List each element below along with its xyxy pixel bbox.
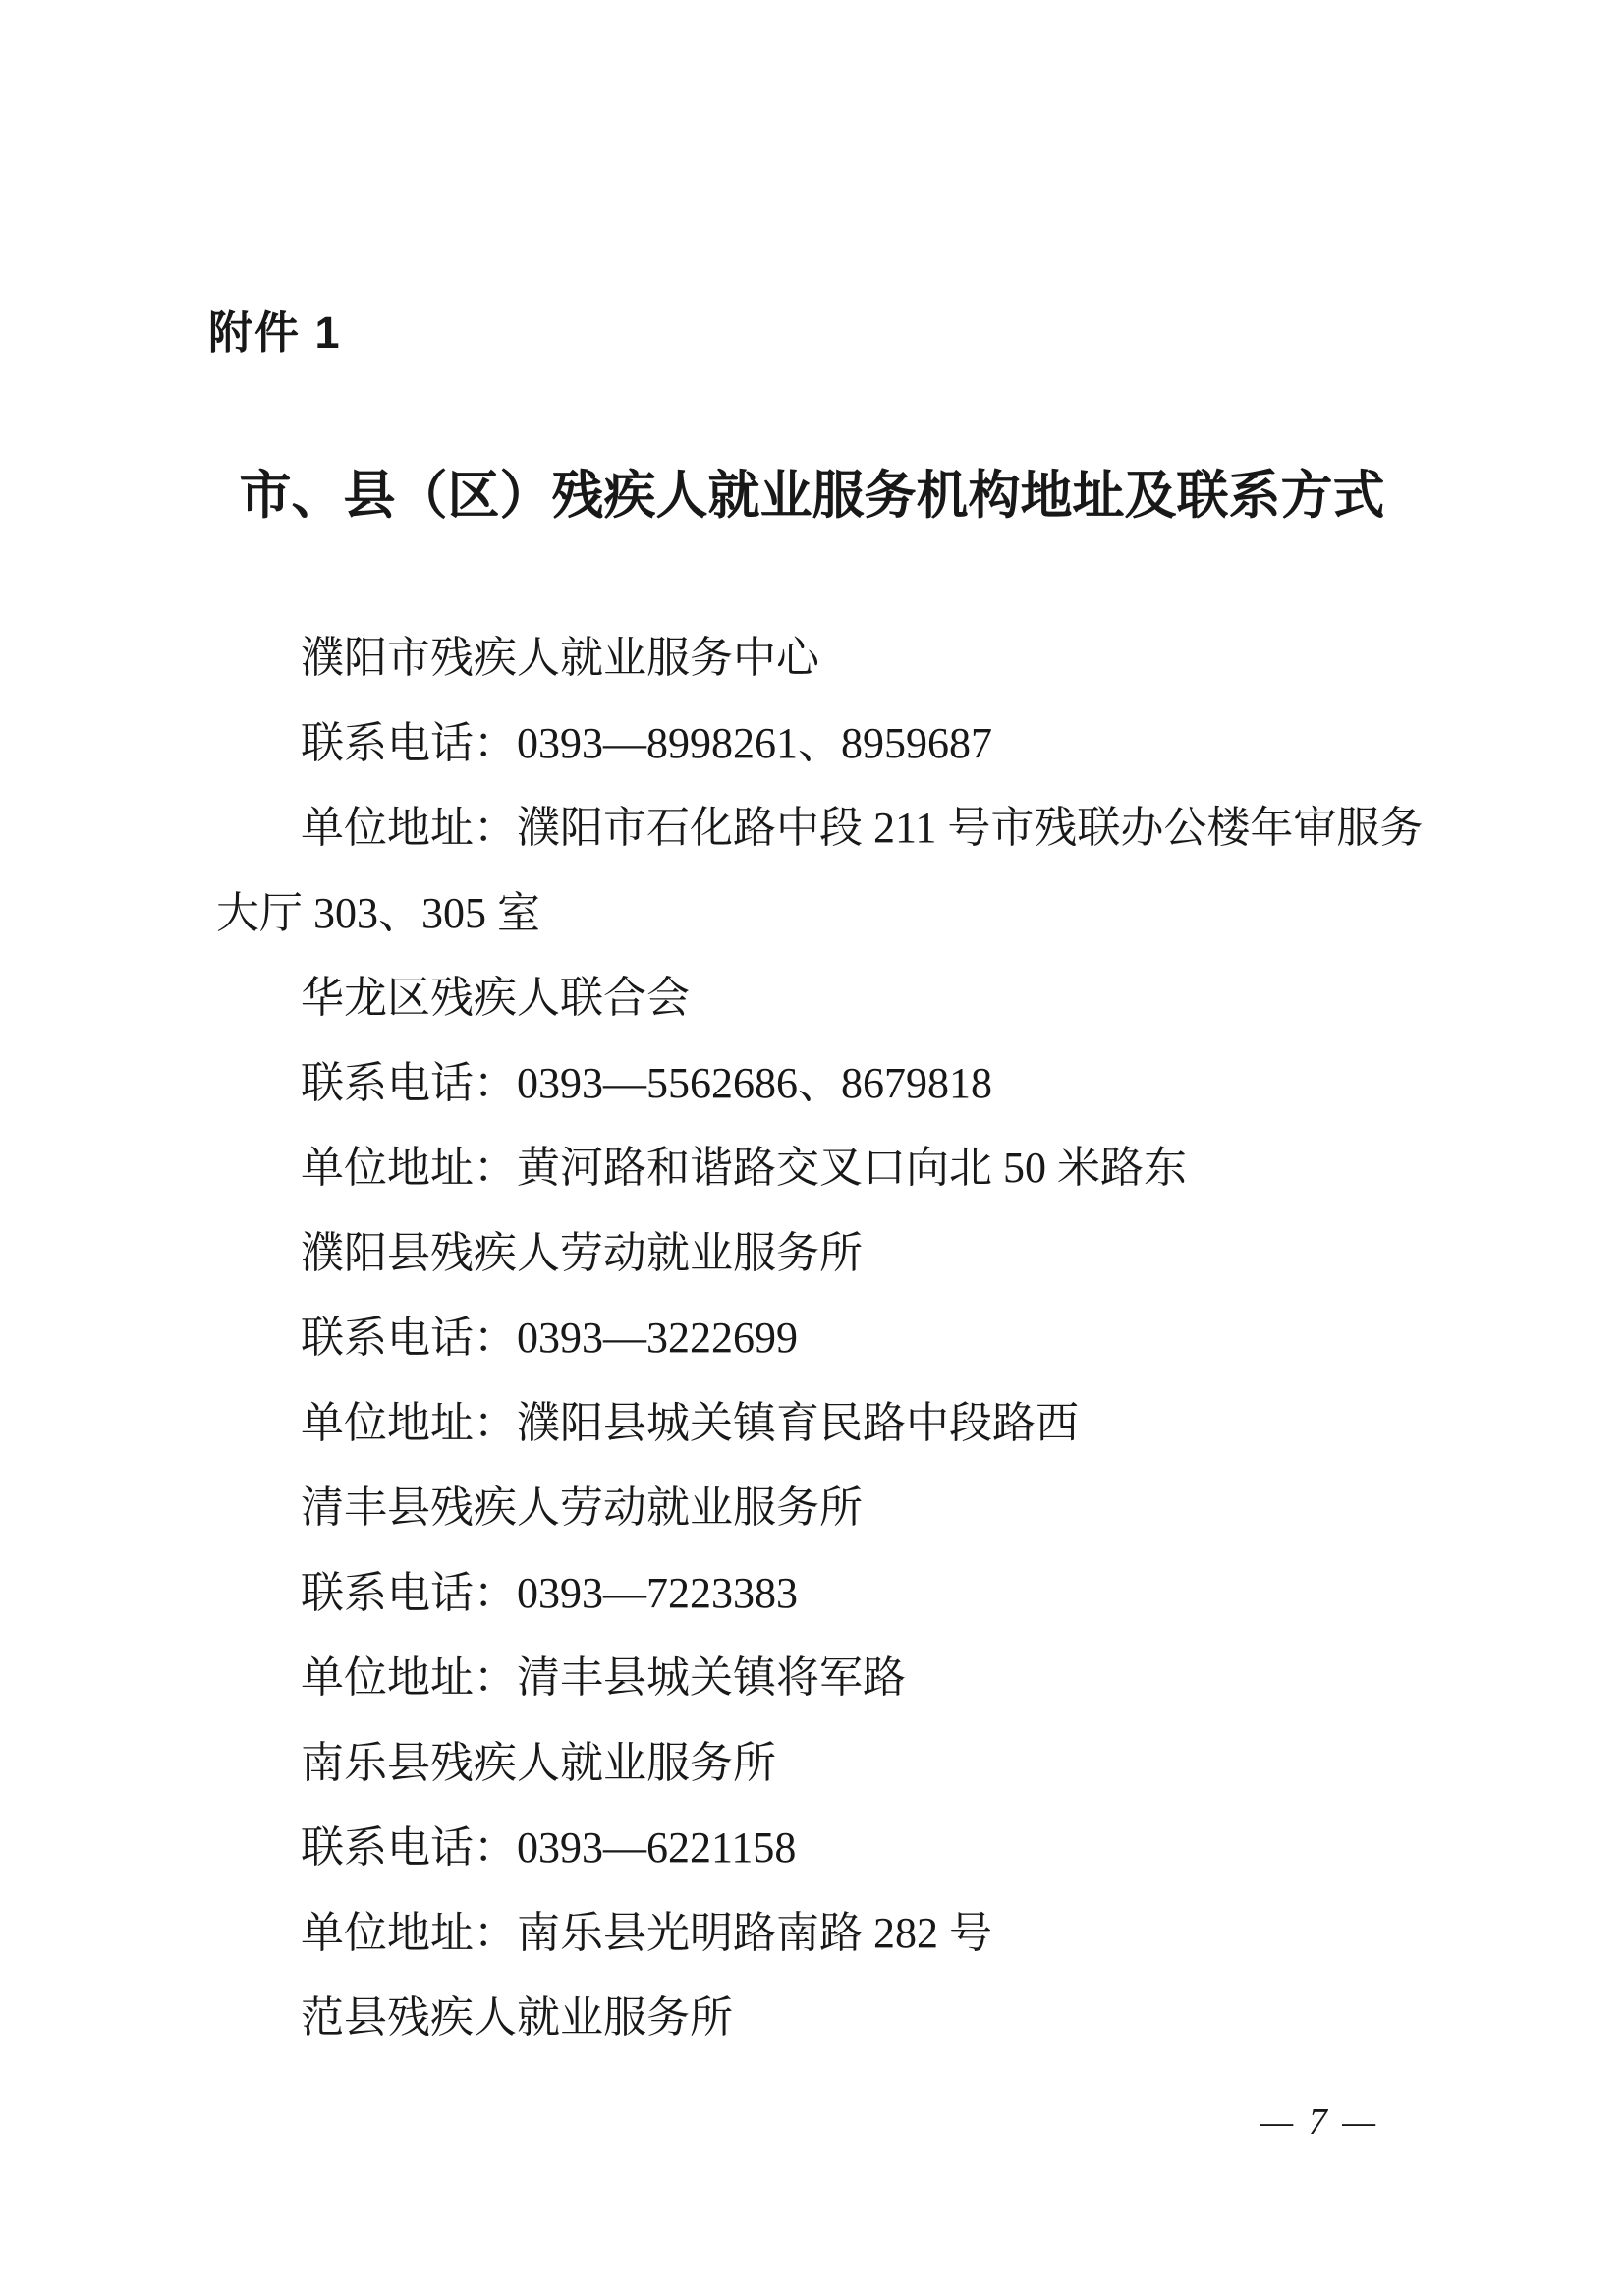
document-title: 市、县（区）残疾人就业服务机构地址及联系方式 [0, 454, 1624, 529]
body-line-org-name: 南乐县残疾人就业服务所 [216, 1721, 1434, 1807]
body-line-org-name: 濮阳市残疾人就业服务中心 [216, 616, 1434, 701]
body-line-phone: 联系电话：0393—7223383 [216, 1551, 1434, 1637]
body-line-org-name: 范县残疾人就业服务所 [216, 1976, 1434, 2061]
body-line-org-name: 华龙区残疾人联合会 [216, 956, 1434, 1041]
body-line-address: 单位地址：黄河路和谐路交叉口向北 50 米路东 [216, 1126, 1434, 1211]
body-line-phone: 联系电话：0393—3222699 [216, 1296, 1434, 1381]
document-page: 附件 1 市、县（区）残疾人就业服务机构地址及联系方式 濮阳市残疾人就业服务中心… [0, 0, 1624, 2296]
body-line-phone: 联系电话：0393—6221158 [216, 1806, 1434, 1891]
document-body: 濮阳市残疾人就业服务中心 联系电话：0393—8998261、8959687 单… [216, 616, 1434, 2061]
body-line-address: 单位地址：南乐县光明路南路 282 号 [216, 1891, 1434, 1977]
body-line-org-name: 清丰县残疾人劳动就业服务所 [216, 1466, 1434, 1551]
body-line-phone: 联系电话：0393—5562686、8679818 [216, 1041, 1434, 1127]
body-line-phone: 联系电话：0393—8998261、8959687 [216, 701, 1434, 787]
body-line-address: 单位地址：濮阳县城关镇育民路中段路西 [216, 1381, 1434, 1467]
body-line-org-name: 濮阳县残疾人劳动就业服务所 [216, 1211, 1434, 1297]
body-line-address: 单位地址：清丰县城关镇将军路 [216, 1636, 1434, 1721]
body-line-address-wrap: 大厅 303、305 室 [216, 871, 1434, 957]
page-number: — 7 — [1260, 2100, 1378, 2144]
attachment-label: 附件 1 [208, 297, 342, 361]
body-line-address: 单位地址：濮阳市石化路中段 211 号市残联办公楼年审服务 [216, 786, 1434, 871]
